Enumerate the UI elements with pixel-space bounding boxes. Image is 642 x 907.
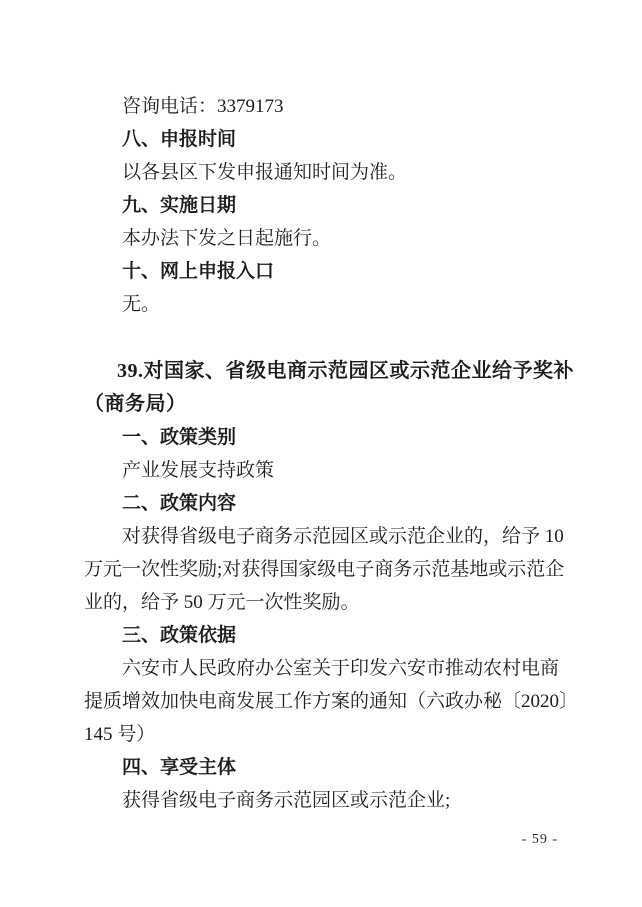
section-heading-8: 八、申报时间 [84,123,558,156]
section-heading-9: 九、实施日期 [84,189,558,222]
section-8-body-line: 以各县区下发申报通知时间为准。 [84,156,558,189]
section-heading-2: 二、政策内容 [84,487,558,520]
section-10-body-line: 无。 [84,288,558,321]
document-text-block: 咨询电话：3379173 八、申报时间 以各县区下发申报通知时间为准。 九、实施… [84,90,558,817]
page-number: - 59 - [522,831,558,848]
section-heading-10: 十、网上申报入口 [84,255,558,288]
document-page: 咨询电话：3379173 八、申报时间 以各县区下发申报通知时间为准。 九、实施… [0,0,642,907]
section-heading-1: 一、政策类别 [84,421,558,454]
section-9-body-line: 本办法下发之日起施行。 [84,222,558,255]
section-1-body-line: 产业发展支持政策 [84,454,558,487]
policy-39-title: 39.对国家、省级电商示范园区或示范企业给予奖补 （商务局） [84,355,558,421]
policy-39-title-line-2: （商务局） [84,388,558,421]
section-heading-4: 四、享受主体 [84,751,558,784]
section-2-body-line: 业的，给予 50 万元一次性奖励。 [84,586,558,619]
section-2-body-line: 对获得省级电子商务示范园区或示范企业的，给予 10 [84,520,558,553]
section-4-body-line: 获得省级电子商务示范园区或示范企业; [84,784,558,817]
contact-phone-line: 咨询电话：3379173 [84,90,558,123]
policy-39-title-line-1: 39.对国家、省级电商示范园区或示范企业给予奖补 [84,355,558,388]
section-3-body-line: 145 号） [84,718,558,751]
section-3-body-line: 提质增效加快电商发展工作方案的通知（六政办秘〔2020〕 [84,685,558,718]
section-heading-3: 三、政策依据 [84,619,558,652]
section-3-body-line: 六安市人民政府办公室关于印发六安市推动农村电商 [84,652,558,685]
section-2-body-line: 万元一次性奖励;对获得国家级电子商务示范基地或示范企 [84,553,558,586]
